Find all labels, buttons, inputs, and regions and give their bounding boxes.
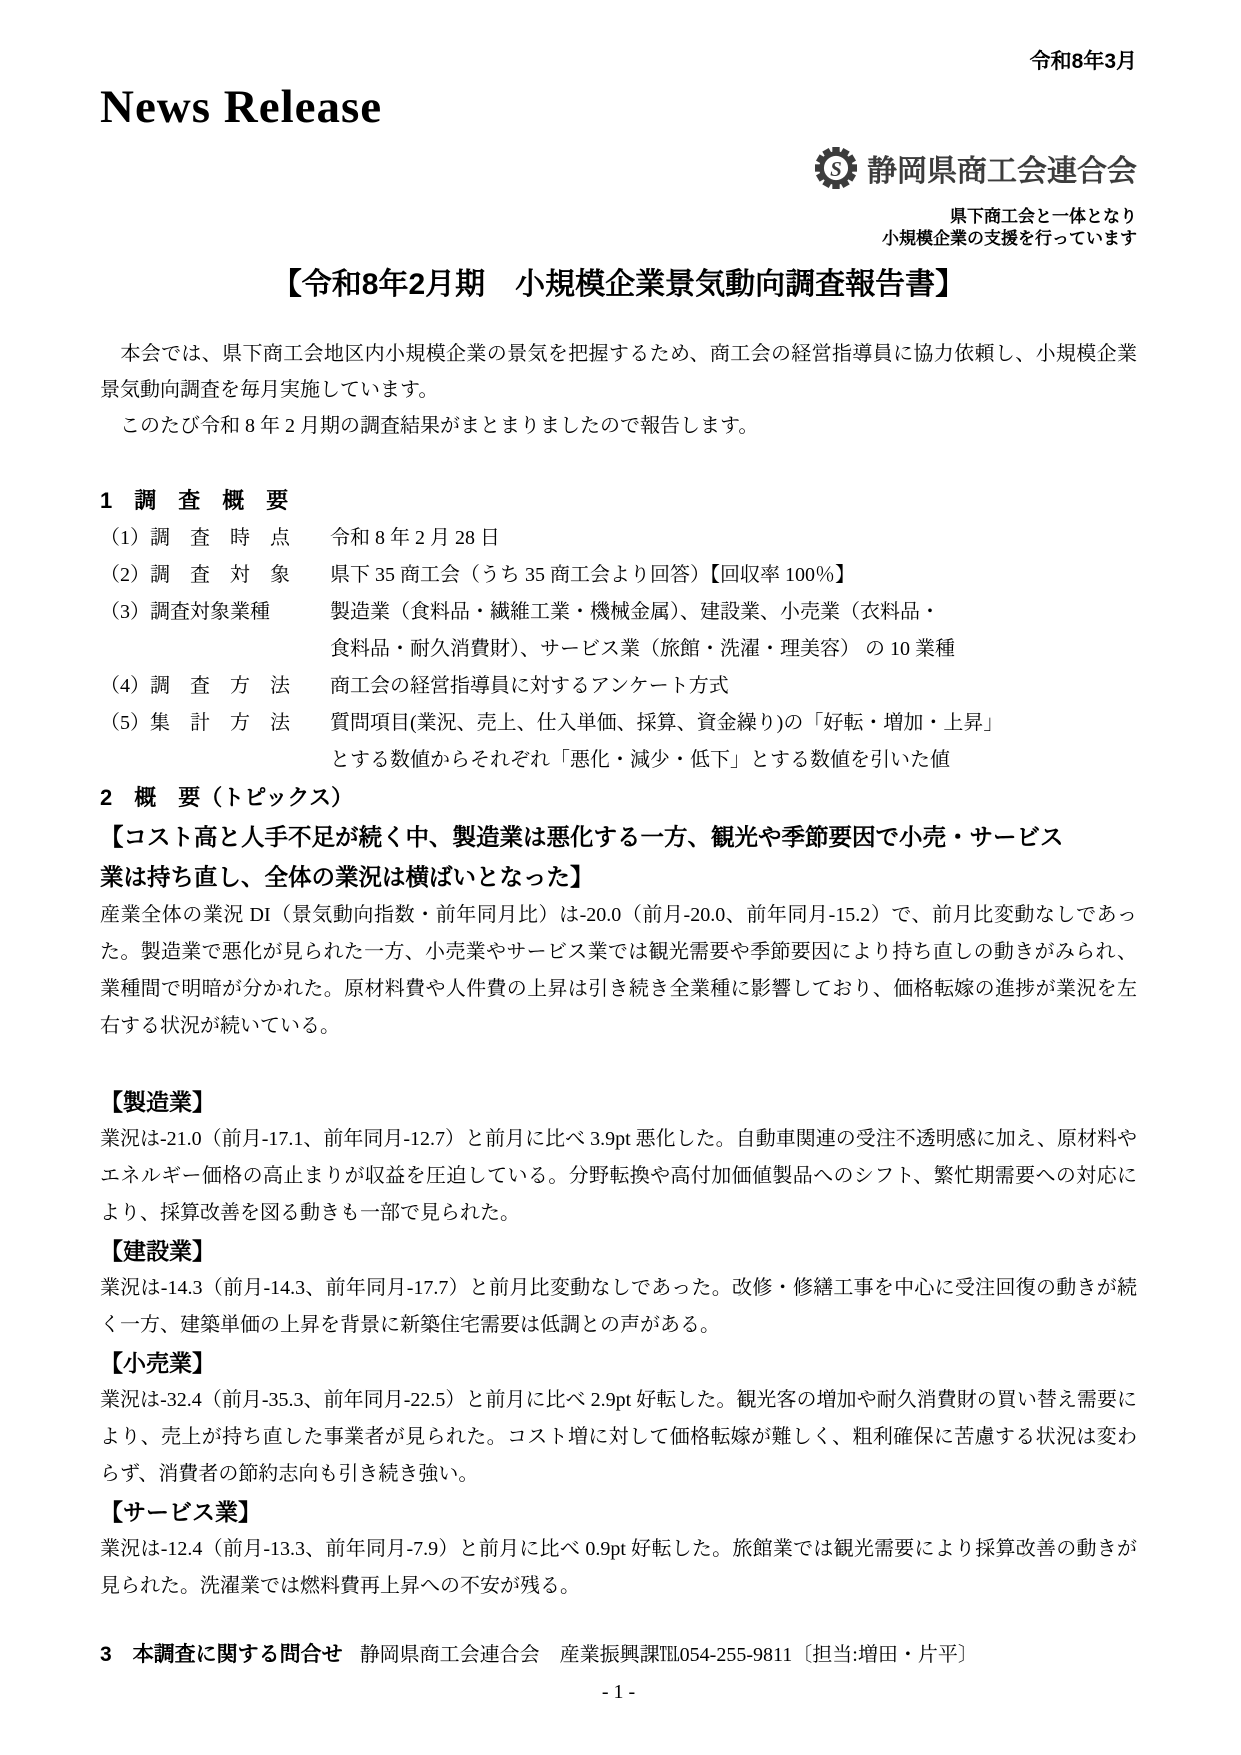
- industry-heading: 【建設業】: [100, 1232, 1137, 1270]
- survey-item-line: とする数値からそれぞれ「悪化・減少・低下」とする数値を引いた値: [330, 742, 1137, 779]
- survey-item-line: 食料品・耐久消費財）、サービス業（旅館・洗濯・理美容） の 10 業種: [330, 631, 1137, 668]
- survey-item-content: 令和 8 年 2 月 28 日: [330, 520, 1137, 557]
- industry-heading: 【サービス業】: [100, 1493, 1137, 1531]
- topic-headline-line-1: 【コスト高と人手不足が続く中、製造業は悪化する一方、観光や季節要因で小売・サービ…: [100, 817, 1137, 857]
- contact-heading: 3 本調査に関する問合せ: [100, 1643, 343, 1666]
- topic-headline-line-2: 業は持ち直し、全体の業況は横ばいとなった】: [100, 857, 1137, 897]
- industry-heading: 【小売業】: [100, 1344, 1137, 1382]
- survey-item-content: 商工会の経営指導員に対するアンケート方式: [330, 668, 1137, 705]
- overview-section: 2 概 要（トピックス） 【コスト高と人手不足が続く中、製造業は悪化する一方、観…: [100, 779, 1137, 1045]
- survey-item-content: 製造業（食料品・繊維工業・機械金属）、建設業、小売業（衣料品・ 食料品・耐久消費…: [330, 594, 1137, 668]
- page-number: - 1 -: [100, 1681, 1137, 1704]
- news-release-page: 令和8年3月 News Release: [0, 0, 1241, 1755]
- survey-item-label: （5）集 計 方 法: [100, 705, 330, 779]
- survey-outline-heading: 1 調 査 概 要: [100, 482, 1137, 520]
- survey-item-tally: （5）集 計 方 法 質問項目(業況、売上、仕入単価、採算、資金繰り)の「好転・…: [100, 705, 1137, 779]
- survey-item-label: （4）調 査 方 法: [100, 668, 330, 705]
- issue-date: 令和8年3月: [100, 48, 1137, 76]
- survey-item-line: 商工会の経営指導員に対するアンケート方式: [330, 668, 1137, 705]
- intro-paragraph-2: このたび令和 8 年 2 月期の調査結果がまとまりましたので報告します。: [100, 408, 1137, 444]
- survey-item-target: （2）調 査 対 象 県下 35 商工会（うち 35 商工会より回答）【回収率 …: [100, 557, 1137, 594]
- topic-headline: 【コスト高と人手不足が続く中、製造業は悪化する一方、観光や季節要因で小売・サービ…: [100, 817, 1137, 897]
- industry-section-manufacturing: 【製造業】 業況は-21.0（前月-17.1、前年同月-12.7）と前月に比べ …: [100, 1083, 1137, 1232]
- industry-paragraph: 業況は-12.4（前月-13.3、前年同月-7.9）と前月に比べ 0.9pt 好…: [100, 1531, 1137, 1605]
- org-tagline: 県下商工会と一体となり 小規模企業の支援を行っています: [100, 206, 1137, 250]
- survey-item-line: 県下 35 商工会（うち 35 商工会より回答）【回収率 100％】: [330, 557, 1137, 594]
- contact-line: 3 本調査に関する問合せ 静岡県商工会連合会 産業振興課℡054-255-981…: [100, 1639, 1137, 1671]
- tagline-line-1: 県下商工会と一体となり: [100, 206, 1137, 228]
- logo-monogram: S: [830, 157, 842, 181]
- news-release-title: News Release: [100, 80, 1137, 134]
- intro-section: 本会では、県下商工会地区内小規模企業の景気を把握するため、商工会の経営指導員に協…: [100, 336, 1137, 444]
- survey-outline-section: 1 調 査 概 要 （1）調 査 時 点 令和 8 年 2 月 28 日 （2）…: [100, 482, 1137, 779]
- industry-paragraph: 業況は-32.4（前月-35.3、前年同月-22.5）と前月に比べ 2.9pt …: [100, 1382, 1137, 1493]
- survey-item-method: （4）調 査 方 法 商工会の経営指導員に対するアンケート方式: [100, 668, 1137, 705]
- org-logo: S 静岡県商工会連合会: [815, 146, 1137, 190]
- industry-section-retail: 【小売業】 業況は-32.4（前月-35.3、前年同月-22.5）と前月に比べ …: [100, 1344, 1137, 1493]
- survey-item-line: 質問項目(業況、売上、仕入単価、採算、資金繰り)の「好転・増加・上昇」: [330, 705, 1137, 742]
- report-title: 【令和8年2月期 小規模企業景気動向調査報告書】: [100, 264, 1137, 306]
- survey-item-line: 製造業（食料品・繊維工業・機械金属）、建設業、小売業（衣料品・: [330, 594, 1137, 631]
- org-header: S 静岡県商工会連合会 県下商工会と一体となり 小規模企業の支援を行っています: [100, 146, 1137, 250]
- survey-item-content: 質問項目(業況、売上、仕入単価、採算、資金繰り)の「好転・増加・上昇」 とする数…: [330, 705, 1137, 779]
- survey-item-content: 県下 35 商工会（うち 35 商工会より回答）【回収率 100％】: [330, 557, 1137, 594]
- overview-heading: 2 概 要（トピックス）: [100, 779, 1137, 817]
- survey-item-time: （1）調 査 時 点 令和 8 年 2 月 28 日: [100, 520, 1137, 557]
- survey-item-label: （2）調 査 対 象: [100, 557, 330, 594]
- industry-section-service: 【サービス業】 業況は-12.4（前月-13.3、前年同月-7.9）と前月に比べ…: [100, 1493, 1137, 1605]
- intro-paragraph-1: 本会では、県下商工会地区内小規模企業の景気を把握するため、商工会の経営指導員に協…: [100, 336, 1137, 408]
- industry-paragraph: 業況は-21.0（前月-17.1、前年同月-12.7）と前月に比べ 3.9pt …: [100, 1121, 1137, 1232]
- gear-s-icon: S: [815, 147, 857, 189]
- survey-item-label: （3）調査対象業種: [100, 594, 330, 668]
- overview-paragraph: 産業全体の業況 DI（景気動向指数・前年同月比）は-20.0（前月-20.0、前…: [100, 897, 1137, 1045]
- survey-item-line: 令和 8 年 2 月 28 日: [330, 520, 1137, 557]
- industry-heading: 【製造業】: [100, 1083, 1137, 1121]
- survey-item-label: （1）調 査 時 点: [100, 520, 330, 557]
- industry-section-construction: 【建設業】 業況は-14.3（前月-14.3、前年同月-17.7）と前月比変動な…: [100, 1232, 1137, 1344]
- industry-paragraph: 業況は-14.3（前月-14.3、前年同月-17.7）と前月比変動なしであった。…: [100, 1270, 1137, 1344]
- contact-info: 静岡県商工会連合会 産業振興課℡054-255-9811〔担当:増田・片平〕: [360, 1644, 978, 1666]
- tagline-line-2: 小規模企業の支援を行っています: [100, 228, 1137, 250]
- survey-item-industries: （3）調査対象業種 製造業（食料品・繊維工業・機械金属）、建設業、小売業（衣料品…: [100, 594, 1137, 668]
- org-name: 静岡県商工会連合会: [867, 146, 1137, 190]
